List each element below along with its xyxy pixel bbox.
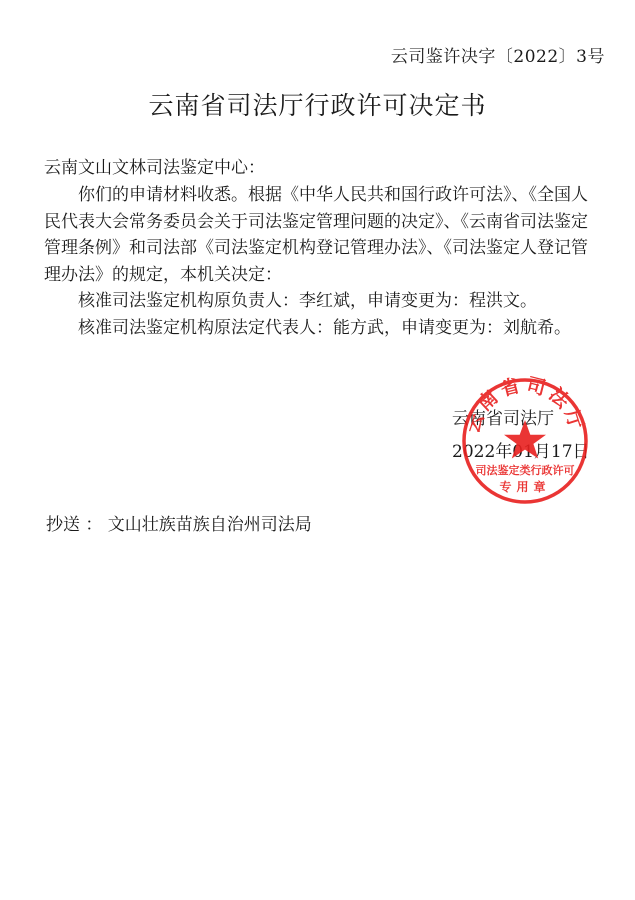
addressee: 云南文山文林司法鉴定中心： xyxy=(44,153,265,178)
issuer-name: 云南省司法厅 xyxy=(452,403,590,436)
paragraph-decision-legal-representative: 核准司法鉴定机构原法定代表人：能方武，申请变更为：刘航希。 xyxy=(44,315,604,342)
cc-line: 抄送 ： 文山壮族苗族自治州司法局 xyxy=(46,510,312,535)
document-body: 你们的申请材料收悉。根据《中华人民共和国行政许可法》、《全国人民代表大会常务委员… xyxy=(44,182,604,341)
paragraph-basis: 你们的申请材料收悉。根据《中华人民共和国行政许可法》、《全国人民代表大会常务委员… xyxy=(44,182,604,288)
document-title: 云南省司法厅行政许可决定书 xyxy=(0,86,635,122)
paragraph-decision-person-in-charge: 核准司法鉴定机构原负责人：李红斌，申请变更为：程洪文。 xyxy=(44,288,604,315)
seal-bottom-text: 专用章 xyxy=(499,479,550,494)
document-page: 云司鉴许决字〔2022〕3号 云南省司法厅行政许可决定书 云南文山文林司法鉴定中… xyxy=(0,0,635,900)
issue-date: 2022年01月17日 xyxy=(452,436,590,469)
signature-block: 云南省司法厅 2022年01月17日 xyxy=(452,403,590,469)
document-number: 云司鉴许决字〔2022〕3号 xyxy=(391,42,605,67)
